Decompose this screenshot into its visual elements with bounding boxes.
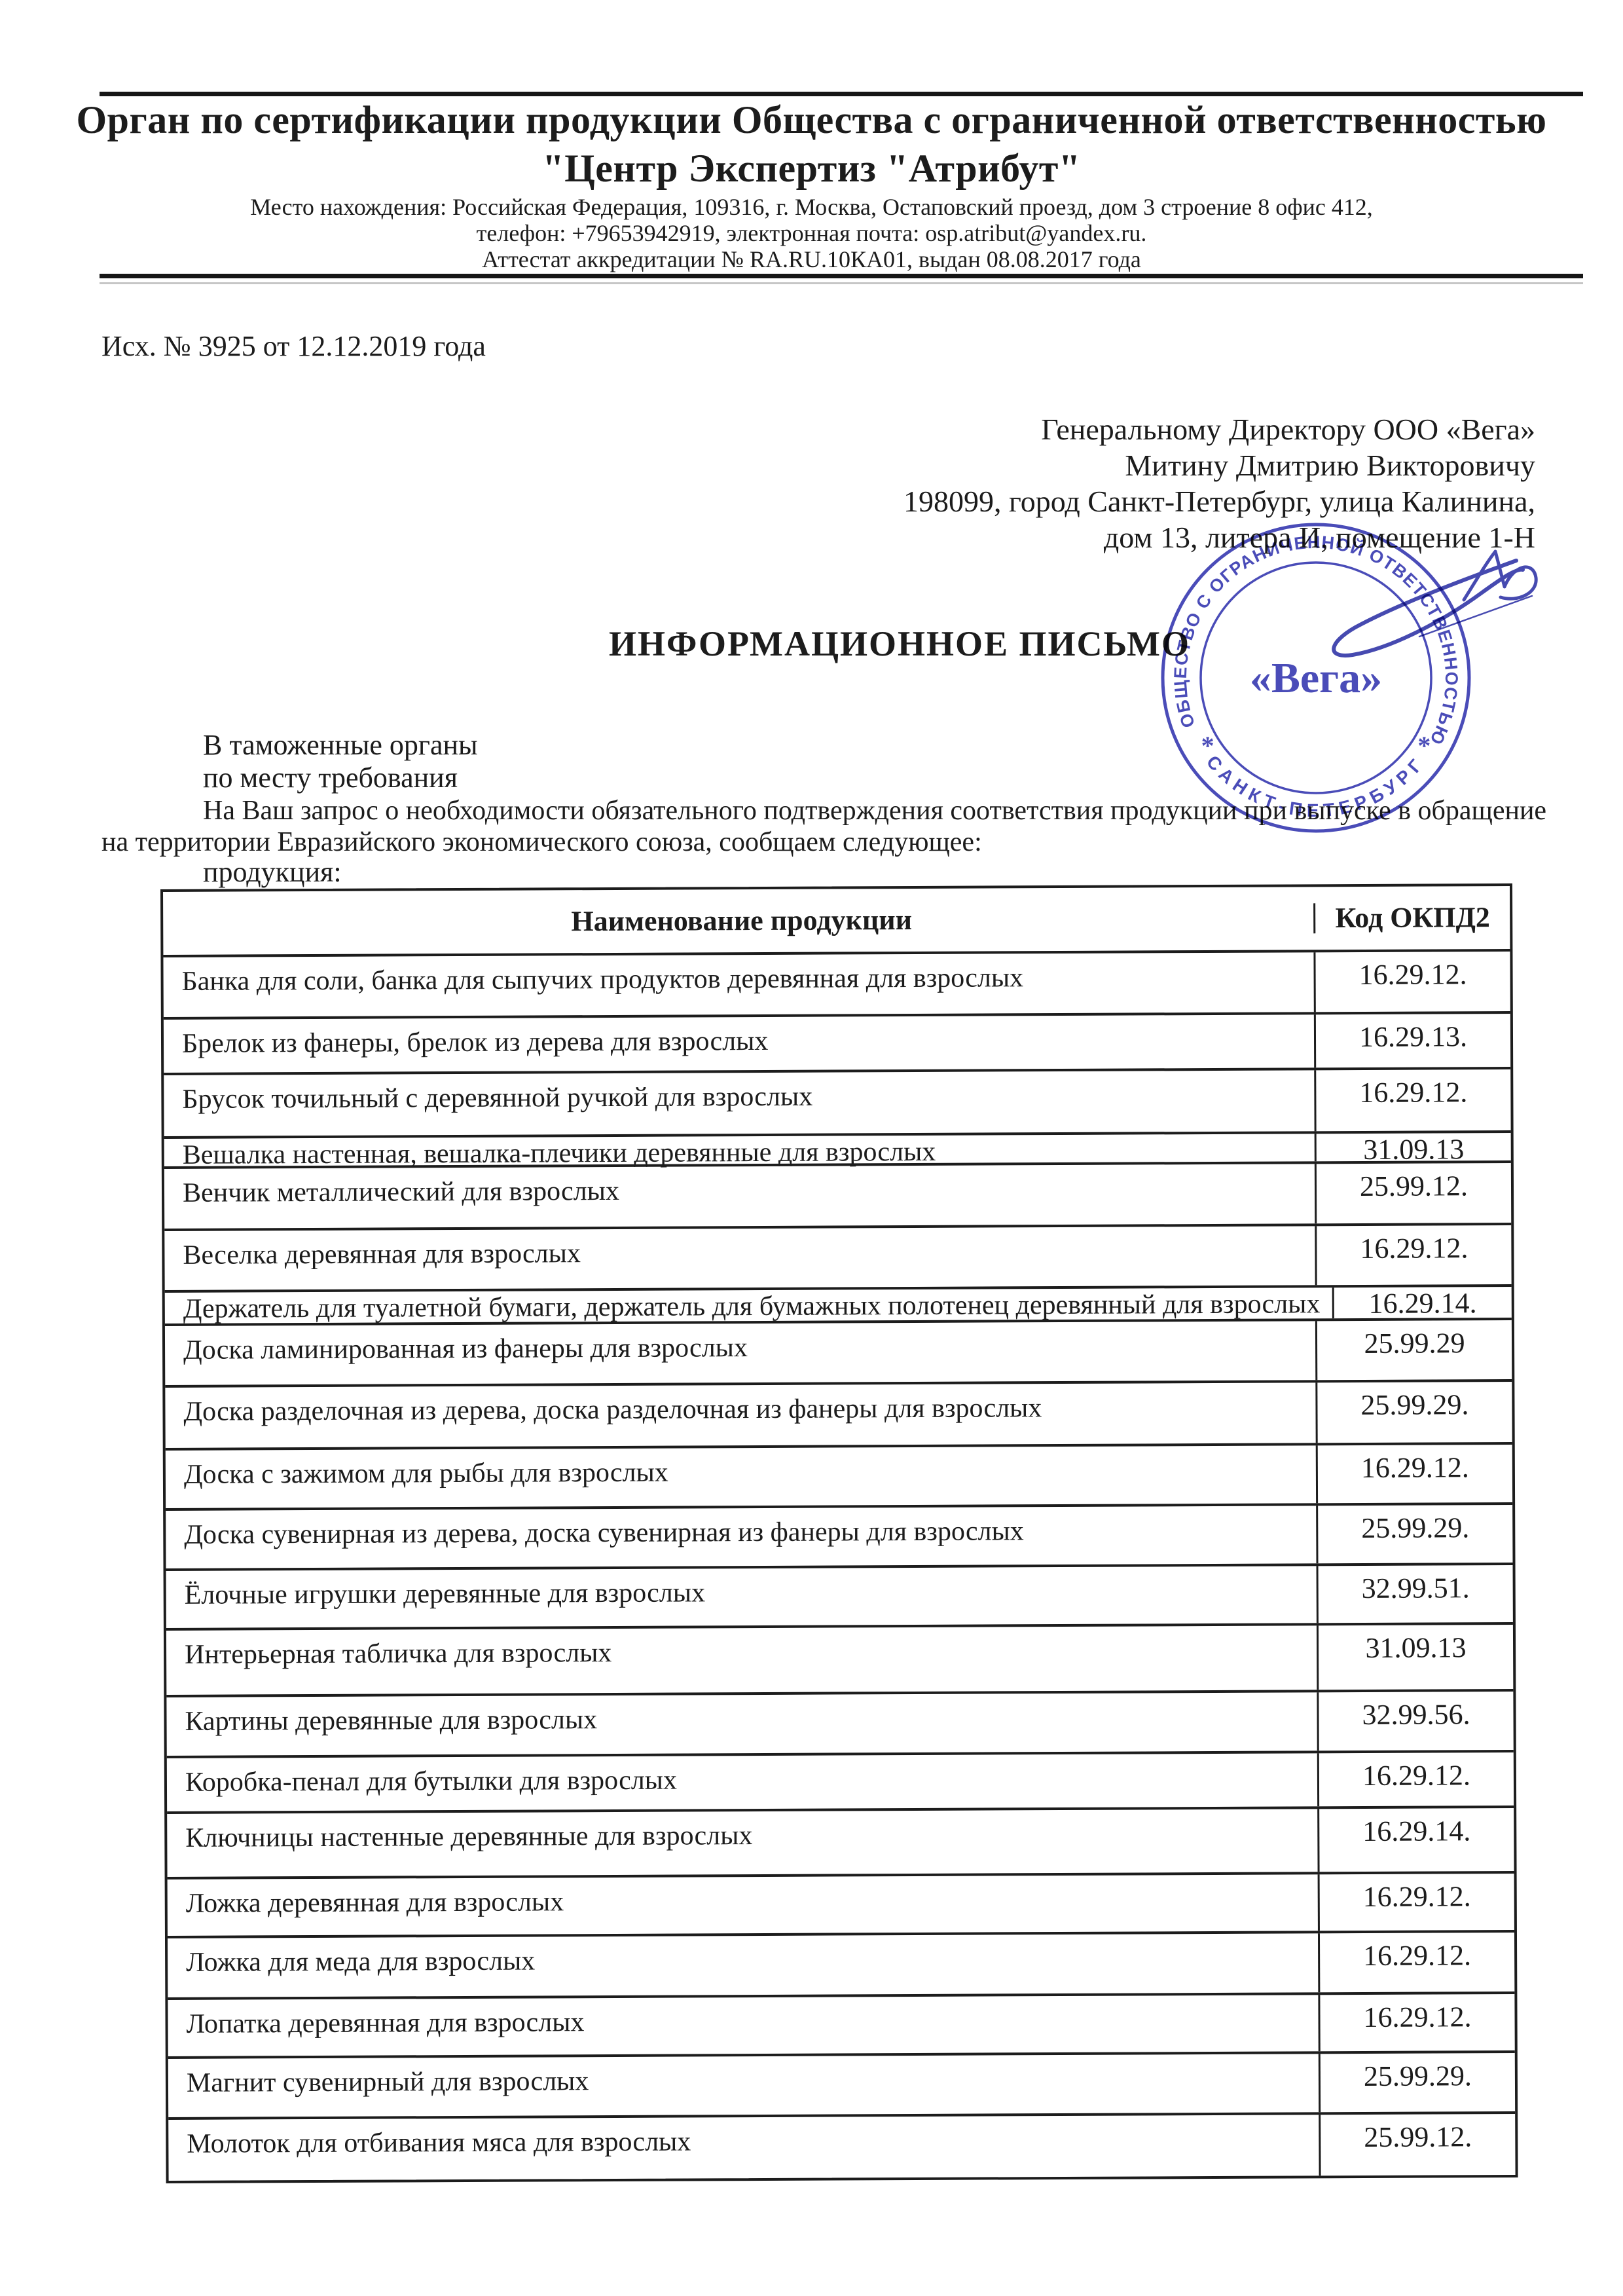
okpd2-code-cell: 16.29.12. (1315, 952, 1510, 1012)
table-row: Брелок из фанеры, брелок из дерева для в… (164, 1014, 1510, 1075)
okpd2-code-cell: 16.29.12. (1320, 1874, 1514, 1931)
table-row: Картины деревянные для взрослых32.99.56. (166, 1692, 1513, 1758)
product-name-cell: Доска разделочная из дерева, доска разде… (165, 1382, 1317, 1448)
okpd2-code-cell: 16.29.14. (1334, 1287, 1512, 1318)
letterhead-bottom-rule-scan-echo (100, 282, 1583, 284)
table-row: Интерьерная табличка для взрослых31.09.1… (166, 1625, 1513, 1697)
table-row: Доска разделочная из дерева, доска разде… (165, 1382, 1512, 1451)
scanned-letter-page: { "letterhead": { "org_line1": "Орган по… (0, 0, 1623, 2296)
product-name-cell: Коробка-пенал для бутылки для взрослых (167, 1753, 1319, 1811)
table-row: Банка для соли, банка для сыпучих продук… (163, 952, 1510, 1020)
signature-hairline (1419, 596, 1532, 637)
stamp-right-star: * (1417, 731, 1431, 760)
product-name-cell: Молоток для отбивания мяса для взрослых (168, 2115, 1321, 2181)
okpd2-code-cell: 16.29.13. (1316, 1014, 1510, 1067)
handwritten-signature (1211, 458, 1623, 694)
table-row: Венчик металлический для взрослых25.99.1… (164, 1163, 1511, 1231)
product-name-cell: Доска ламинированная из фанеры для взрос… (165, 1321, 1317, 1385)
table-row: Лопатка деревянная для взрослых16.29.12. (168, 1994, 1514, 2059)
okpd2-code-cell: 32.99.51. (1319, 1565, 1513, 1623)
letterhead-org-name-line1: Орган по сертификации продукции Общества… (0, 97, 1623, 143)
product-name-cell: Ключницы настенные деревянные для взросл… (167, 1809, 1319, 1877)
okpd2-code-cell: 31.09.13 (1319, 1625, 1513, 1690)
okpd2-code-cell: 16.29.12. (1316, 1069, 1510, 1131)
signature-main-loop (1334, 561, 1523, 656)
table-row: Ложка для меда для взрослых16.29.12. (168, 1933, 1514, 2000)
product-name-cell: Доска с зажимом для рыбы для взрослых (166, 1445, 1318, 1508)
table-row: Ключницы настенные деревянные для взросл… (167, 1808, 1514, 1879)
letterhead-org-name-line2: "Центр Экспертиз "Атрибут" (0, 145, 1623, 191)
okpd2-code-cell: 16.29.12. (1320, 1933, 1514, 1992)
product-name-cell: Лопатка деревянная для взрослых (168, 1995, 1320, 2056)
okpd2-code-cell: 16.29.14. (1319, 1808, 1514, 1872)
product-name-cell: Брусок точильный с деревянной ручкой для… (164, 1070, 1316, 1136)
product-name-cell: Венчик металлический для взрослых (164, 1164, 1317, 1229)
table-header-row: Наименование продукции Код ОКПД2 (163, 886, 1510, 957)
product-name-cell: Вешалка настенная, вешалка-плечики дерев… (164, 1134, 1317, 1166)
okpd2-code-cell: 16.29.12. (1318, 1445, 1512, 1503)
products-table: Наименование продукции Код ОКПД2 Банка д… (160, 883, 1518, 2183)
addressee-line2: по месту требования (203, 761, 458, 794)
product-name-cell: Банка для соли, банка для сыпучих продук… (163, 952, 1315, 1017)
table-header-okpd2-code: Код ОКПД2 (1315, 902, 1510, 933)
table-row: Коробка-пенал для бутылки для взрослых16… (167, 1752, 1514, 1814)
table-row: Молоток для отбивания мяса для взрослых2… (168, 2114, 1515, 2181)
body-paragraph-line2: на территории Евразийского экономическог… (101, 826, 982, 858)
table-row: Ложка деревянная для взрослых16.29.12. (168, 1874, 1514, 1938)
table-row: Магнит сувенирный для взрослых25.99.29. (168, 2053, 1515, 2120)
table-header-product-name: Наименование продукции (163, 903, 1315, 938)
product-name-cell: Держатель для туалетной бумаги, держател… (165, 1287, 1334, 1324)
product-name-cell: Ёлочные игрушки деревянные для взрослых (166, 1566, 1319, 1628)
okpd2-code-cell: 32.99.56. (1319, 1692, 1513, 1750)
table-row: Доска сувенирная из дерева, доска сувени… (166, 1505, 1512, 1571)
product-name-cell: Картины деревянные для взрослых (166, 1692, 1319, 1756)
product-name-cell: Веселка деревянная для взрослых (164, 1226, 1317, 1290)
recipient-position-company: Генеральному Директору ООО «Вега» (903, 411, 1535, 447)
okpd2-code-cell: 25.99.29. (1318, 1505, 1512, 1563)
product-name-cell: Брелок из фанеры, брелок из дерева для в… (164, 1014, 1316, 1073)
okpd2-code-cell: 25.99.29 (1317, 1320, 1512, 1380)
addressee-line1: В таможенные органы (203, 728, 478, 762)
product-name-cell: Интерьерная табличка для взрослых (166, 1625, 1319, 1695)
okpd2-code-cell: 16.29.12. (1320, 1994, 1514, 2051)
letterhead-bottom-rule (100, 274, 1583, 278)
table-row: Брусок точильный с деревянной ручкой для… (164, 1069, 1510, 1139)
okpd2-code-cell: 16.29.12. (1319, 1752, 1514, 1806)
stamp-left-star: * (1201, 731, 1214, 760)
product-name-cell: Магнит сувенирный для взрослых (168, 2054, 1321, 2117)
okpd2-code-cell: 25.99.29. (1317, 1382, 1512, 1443)
okpd2-code-cell: 25.99.29. (1321, 2053, 1515, 2112)
letterhead-top-rule (100, 92, 1583, 96)
table-row: Держатель для туалетной бумаги, держател… (165, 1287, 1512, 1326)
table-row: Веселка деревянная для взрослых16.29.12. (164, 1225, 1511, 1293)
product-name-cell: Доска сувенирная из дерева, доска сувени… (166, 1506, 1318, 1568)
product-name-cell: Ложка для меда для взрослых (168, 1933, 1320, 1997)
letterhead-accreditation: Аттестат аккредитации № RA.RU.10КА01, вы… (0, 246, 1623, 272)
table-row: Ёлочные игрушки деревянные для взрослых3… (166, 1565, 1513, 1631)
letterhead-contacts: телефон: +79653942919, электронная почта… (0, 220, 1623, 246)
products-label: продукция: (203, 855, 342, 889)
letterhead-address: Место нахождения: Российская Федерация, … (0, 194, 1623, 220)
outgoing-reference: Исх. № 3925 от 12.12.2019 года (101, 329, 486, 363)
okpd2-code-cell: 25.99.12. (1317, 1163, 1511, 1223)
product-name-cell: Ложка деревянная для взрослых (168, 1874, 1320, 1936)
table-row: Доска ламинированная из фанеры для взрос… (165, 1320, 1512, 1388)
okpd2-code-cell: 31.09.13 (1317, 1133, 1511, 1161)
okpd2-code-cell: 25.99.12. (1321, 2114, 1515, 2176)
okpd2-code-cell: 16.29.12. (1317, 1225, 1511, 1285)
document-title: ИНФОРМАЦИОННОЕ ПИСЬМО (609, 623, 1165, 664)
table-row: Доска с зажимом для рыбы для взрослых16.… (166, 1445, 1512, 1511)
